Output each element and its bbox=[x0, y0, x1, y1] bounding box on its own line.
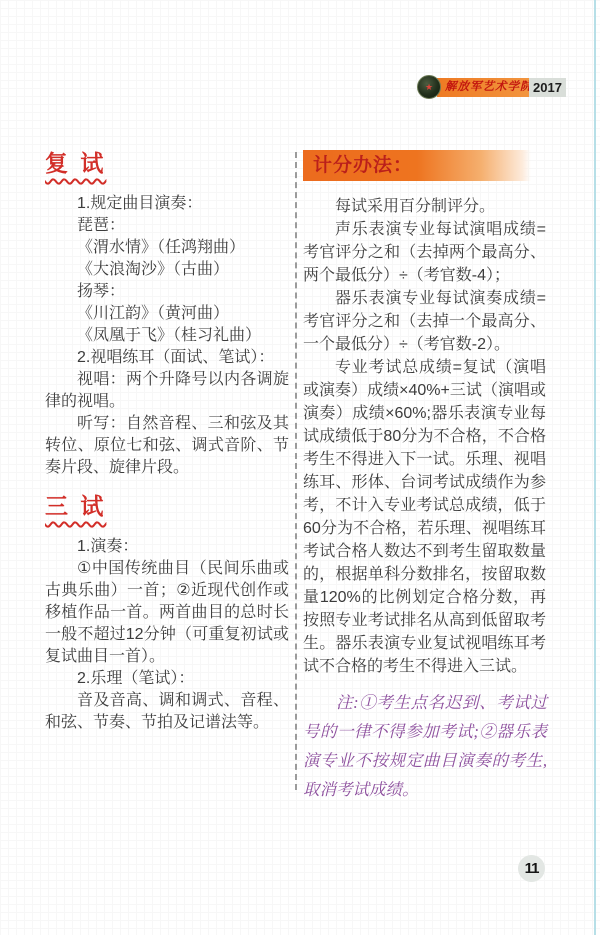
paragraph: 1.演奏： bbox=[45, 536, 289, 558]
academy-emblem-icon: ★ bbox=[417, 75, 441, 99]
note-text: 注:①考生点名迟到、考试过号的一律不得参加考试;②器乐表演专业不按规定曲目演奏的… bbox=[303, 688, 547, 804]
column-divider bbox=[295, 152, 297, 790]
paragraph: 《渭水情》（任鸿翔曲） bbox=[45, 237, 289, 259]
paragraph: 《川江韵》（黄河曲） bbox=[45, 303, 289, 325]
page-edge-line bbox=[594, 0, 596, 935]
paragraph: 声乐表演专业每试演唱成绩=考官评分之和（去掉两个最高分、两个最低分）÷（考官数-… bbox=[303, 218, 546, 287]
scoring-method-title: 计分办法： bbox=[313, 155, 413, 176]
second-exam-text: 1.规定曲目演奏： 琵琶： 《渭水情》（任鸿翔曲） 《大浪淘沙》（古曲） 扬琴：… bbox=[45, 193, 289, 479]
academy-name-banner: 解放军艺术学院 bbox=[437, 78, 529, 97]
section-heading-second-exam: 复 试 bbox=[45, 150, 106, 176]
paragraph: 琵琶： bbox=[45, 215, 289, 237]
paragraph: 音及音高、调和调式、音程、和弦、节奏、节拍及记谱法等。 bbox=[45, 690, 289, 734]
paragraph: 视唱：两个升降号以内各调旋律的视唱。 bbox=[45, 369, 289, 413]
paragraph: 1.规定曲目演奏： bbox=[45, 193, 289, 215]
paragraph: 器乐表演专业每试演奏成绩=考官评分之和（去掉一个最高分、一个最低分）÷（考官数-… bbox=[303, 287, 546, 356]
paragraph: 《凤凰于飞》（桂习礼曲） bbox=[45, 325, 289, 347]
left-column: 复 试 1.规定曲目演奏： 琵琶： 《渭水情》（任鸿翔曲） 《大浪淘沙》（古曲）… bbox=[45, 150, 289, 748]
paragraph: 听写：自然音程、三和弦及其转位、原位七和弦、调式音阶、节奏片段、旋律片段。 bbox=[45, 413, 289, 479]
right-column: 计分办法： 每试采用百分制评分。 声乐表演专业每试演唱成绩=考官评分之和（去掉两… bbox=[303, 150, 546, 678]
paragraph: ①中国传统曲目（民间乐曲或古典乐曲）一首；②近现代创作或移植作品一首。两首曲目的… bbox=[45, 558, 289, 668]
section-heading-third-exam: 三 试 bbox=[45, 493, 106, 519]
paragraph: 《大浪淘沙》（古曲） bbox=[45, 259, 289, 281]
paragraph: 每试采用百分制评分。 bbox=[303, 195, 546, 218]
paragraph: 扬琴： bbox=[45, 281, 289, 303]
third-exam-text: 1.演奏： ①中国传统曲目（民间乐曲或古典乐曲）一首；②近现代创作或移植作品一首… bbox=[45, 536, 289, 734]
paragraph: 专业考试总成绩=复试（演唱或演奏）成绩×40%+三试（演唱或演奏）成绩×60%;… bbox=[303, 356, 546, 678]
scoring-method-banner: 计分办法： bbox=[303, 150, 531, 181]
paragraph: 2.乐理（笔试）： bbox=[45, 668, 289, 690]
page-number-badge: 11 bbox=[518, 855, 545, 882]
scoring-method-text: 每试采用百分制评分。 声乐表演专业每试演唱成绩=考官评分之和（去掉两个最高分、两… bbox=[303, 195, 546, 678]
header-logo: ★ 解放军艺术学院 2017 bbox=[417, 75, 566, 99]
page-number: 11 bbox=[525, 860, 539, 877]
paragraph: 2.视唱练耳（面试、笔试）： bbox=[45, 347, 289, 369]
star-icon: ★ bbox=[425, 83, 433, 92]
year-badge: 2017 bbox=[529, 78, 566, 97]
